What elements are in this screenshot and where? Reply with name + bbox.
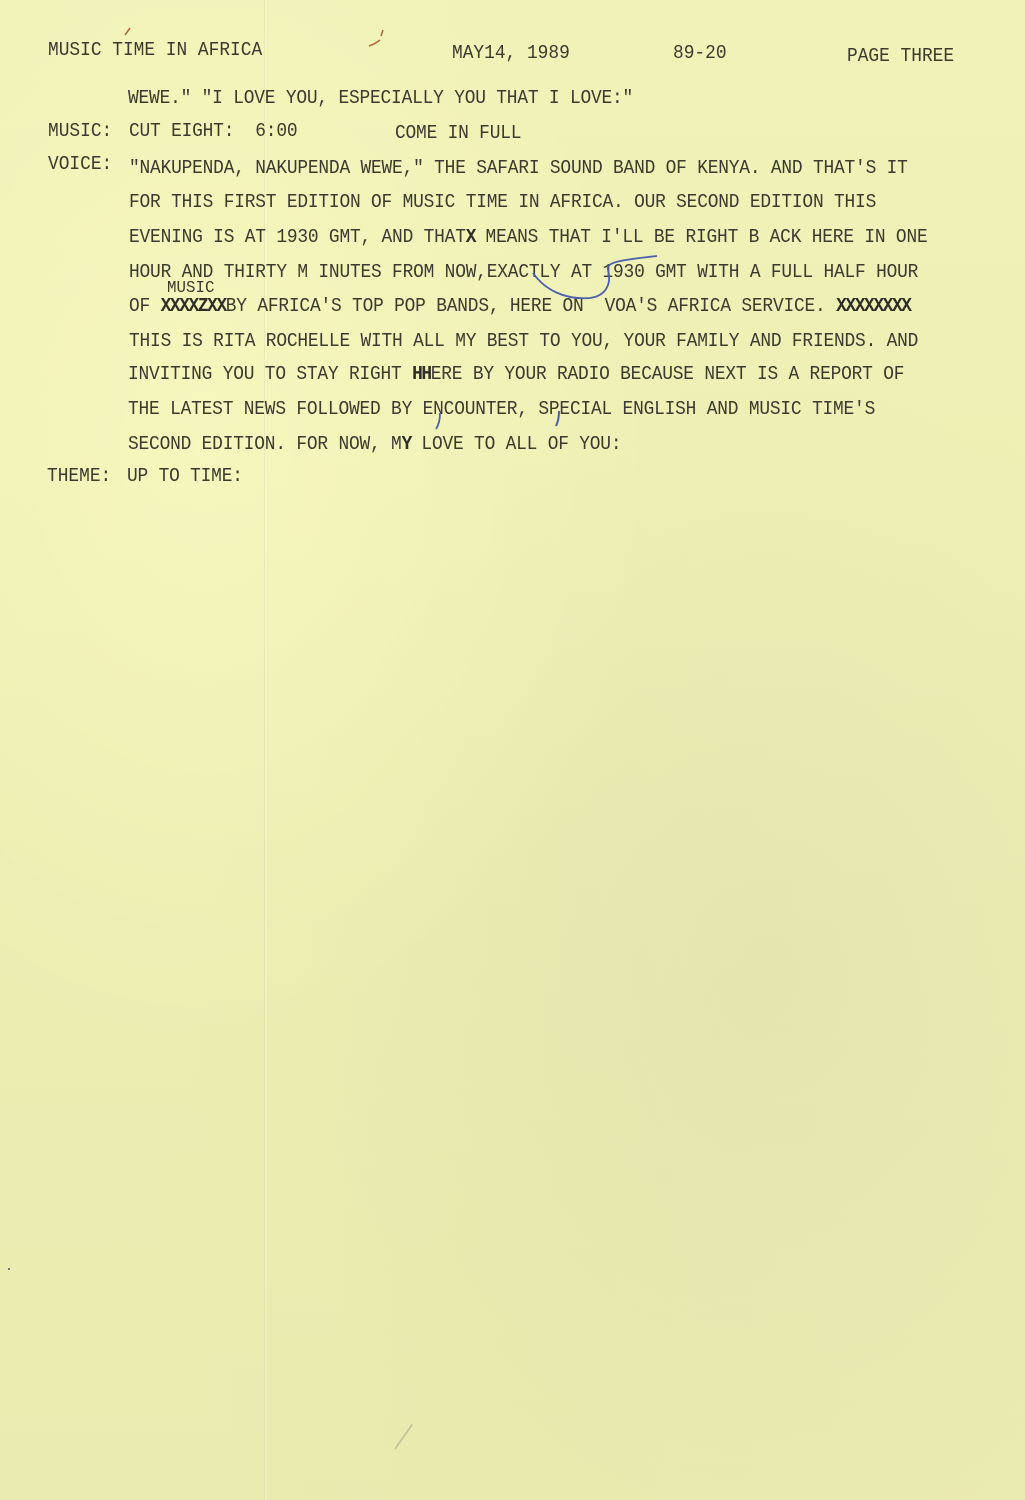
program-number: 89-20 <box>673 41 727 65</box>
line-text: SECOND EDITION. FOR NOW, M <box>128 433 402 455</box>
paper-speck <box>8 1268 10 1270</box>
theme-label: THEME: <box>47 464 111 488</box>
music-cue-instruction: COME IN FULL <box>395 121 521 145</box>
strikeover-text: X <box>466 226 475 248</box>
strikeover-text: XXXXZXX <box>161 295 226 317</box>
document-date: MAY14, 1989 <box>452 41 570 65</box>
voice-line: OF XXXXZXXBY AFRICA'S TOP POP BANDS, HER… <box>129 294 911 318</box>
voice-line: SECOND EDITION. FOR NOW, MY LOVE TO ALL … <box>128 432 621 456</box>
voice-line: EVENING IS AT 1930 GMT, AND THATX MEANS … <box>129 225 928 249</box>
voice-line: HOUR AND THIRTY M INUTES FROM NOW,EXACTL… <box>129 260 918 284</box>
voice-line: THIS IS RITA ROCHELLE WITH ALL MY BEST T… <box>129 329 918 353</box>
theme-text: UP TO TIME: <box>127 464 243 488</box>
strikeover-text: HH <box>412 363 431 385</box>
line-text: OF <box>129 295 161 317</box>
continuation-line: WEWE." "I LOVE YOU, ESPECIALLY YOU THAT … <box>128 86 633 110</box>
paper-tear-mark <box>394 1424 413 1450</box>
page-number: PAGE THREE <box>847 44 954 68</box>
voice-line: INVITING YOU TO STAY RIGHT HHERE BY YOUR… <box>128 362 904 386</box>
music-label: MUSIC: <box>48 119 112 143</box>
music-cue-text: CUT EIGHT: 6:00 <box>129 119 297 143</box>
pen-tick-mark <box>369 30 383 46</box>
line-text: INVITING YOU TO STAY RIGHT <box>128 363 412 385</box>
line-text: MEANS THAT I'LL BE RIGHT B ACK HERE IN O… <box>475 226 927 248</box>
voice-label: VOICE: <box>48 152 112 176</box>
line-text: BY AFRICA'S TOP POP BANDS, HERE ON VOA'S… <box>226 295 836 317</box>
strikeover-text: XXXXXXXX <box>836 295 911 317</box>
program-title: MUSIC TIME IN AFRICA <box>48 38 262 62</box>
pen-tick-mark <box>125 28 130 35</box>
line-text: ERE BY YOUR RADIO BECAUSE NEXT IS A REPO… <box>431 363 905 385</box>
voice-line: "NAKUPENDA, NAKUPENDA WEWE," THE SAFARI … <box>129 156 908 180</box>
voice-line: THE LATEST NEWS FOLLOWED BY ENCOUNTER, S… <box>128 397 875 421</box>
line-text: EVENING IS AT 1930 GMT, AND THAT <box>129 226 466 248</box>
strikeover-text: Y <box>402 433 411 455</box>
line-text: LOVE TO ALL OF YOU: <box>411 433 621 455</box>
voice-line: FOR THIS FIRST EDITION OF MUSIC TIME IN … <box>129 190 876 214</box>
